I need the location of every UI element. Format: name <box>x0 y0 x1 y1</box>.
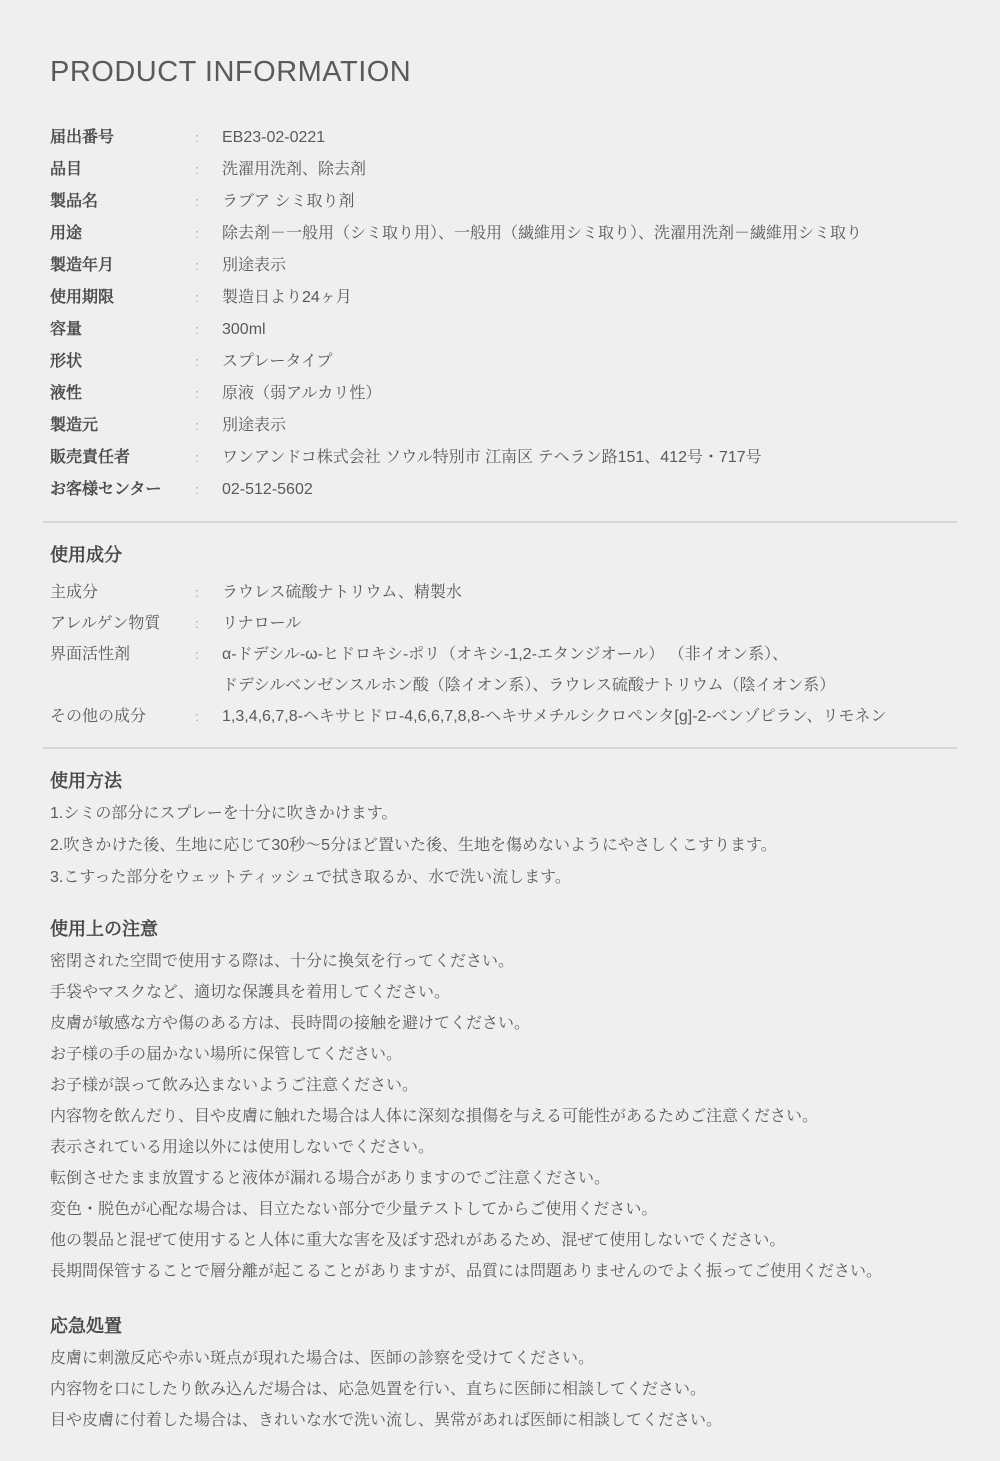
row-label: 製品名 <box>50 186 195 218</box>
colon-separator: : <box>195 378 222 410</box>
row-label: 液性 <box>50 378 195 410</box>
row-value: リナロール <box>222 608 301 639</box>
row-value: 洗濯用洗剤、除去剤 <box>222 154 366 186</box>
row-label: 販売責任者 <box>50 442 195 474</box>
table-row: その他の成分 : 1,3,4,6,7,8-ヘキサヒドロ-4,6,6,7,8,8-… <box>50 701 957 732</box>
first-aid-item: 目や皮膚に付着した場合は、きれいな水で洗い流し、異常があれば医師に相談してくださ… <box>50 1405 957 1436</box>
row-value: 1,3,4,6,7,8-ヘキサヒドロ-4,6,6,7,8,8-ヘキサメチルシクロ… <box>222 701 886 732</box>
precaution-item: お子様の手の届かない場所に保管してください。 <box>50 1039 957 1070</box>
value-line: α-ドデシル-ω-ヒドロキシ-ポリ（オキシ-1,2-エタンジオール） （非イオン… <box>222 639 835 670</box>
precaution-item: 内容物を飲んだり、目や皮膚に触れた場合は人体に深刻な損傷を与える可能性があるため… <box>50 1101 957 1132</box>
table-row: 製造年月 : 別途表示 <box>50 250 957 282</box>
precautions-list: 密閉された空間で使用する際は、十分に換気を行ってください。 手袋やマスクなど、適… <box>43 946 957 1287</box>
section-divider <box>43 521 957 523</box>
table-row: 用途 : 除去剤－一般用（シミ取り用）、一般用（繊維用シミ取り）、洗濯用洗剤－繊… <box>50 218 957 250</box>
table-row: 販売責任者 : ワンアンドコ株式会社 ソウル特別市 江南区 テヘラン路151、4… <box>50 442 957 474</box>
colon-separator: : <box>195 577 222 608</box>
page-title: PRODUCT INFORMATION <box>43 0 957 89</box>
table-row: アレルゲン物質 : リナロール <box>50 608 957 639</box>
colon-separator: : <box>195 122 222 154</box>
precaution-item: 皮膚が敏感な方や傷のある方は、長時間の接触を避けてください。 <box>50 1008 957 1039</box>
row-label: 界面活性剤 <box>50 639 195 670</box>
first-aid-item: 皮膚に刺激反応や赤い斑点が現れた場合は、医師の診察を受けてください。 <box>50 1343 957 1374</box>
row-value: EB23-02-0221 <box>222 122 325 154</box>
first-aid-heading: 応急処置 <box>43 1315 957 1337</box>
value-line: リナロール <box>222 608 301 639</box>
row-value: スプレータイプ <box>222 346 333 378</box>
colon-separator: : <box>195 608 222 639</box>
colon-separator: : <box>195 346 222 378</box>
colon-separator: : <box>195 282 222 314</box>
row-label: 届出番号 <box>50 122 195 154</box>
precaution-item: 長期間保管することで層分離が起こることがありますが、品質には問題ありませんのでよ… <box>50 1256 957 1287</box>
row-label: 品目 <box>50 154 195 186</box>
precaution-item: 手袋やマスクなど、適切な保護具を着用してください。 <box>50 977 957 1008</box>
precaution-item: 転倒させたまま放置すると液体が漏れる場合がありますのでご注意ください。 <box>50 1163 957 1194</box>
ingredients-table: 主成分 : ラウレス硫酸ナトリウム、精製水 アレルゲン物質 : リナロール 界面… <box>43 577 957 732</box>
value-line: 1,3,4,6,7,8-ヘキサヒドロ-4,6,6,7,8,8-ヘキサメチルシクロ… <box>222 701 886 732</box>
row-value: 別途表示 <box>222 410 286 442</box>
product-information-page: PRODUCT INFORMATION 届出番号 : EB23-02-0221 … <box>0 0 1000 1436</box>
first-aid-list: 皮膚に刺激反応や赤い斑点が現れた場合は、医師の診察を受けてください。 内容物を口… <box>43 1343 957 1436</box>
usage-step: 1.シミの部分にスプレーを十分に吹きかけます。 <box>50 798 957 830</box>
first-aid-item: 内容物を口にしたり飲み込んだ場合は、応急処置を行い、直ちに医師に相談してください… <box>50 1374 957 1405</box>
colon-separator: : <box>195 639 222 670</box>
precaution-item: 他の製品と混ぜて使用すると人体に重大な害を及ぼす恐れがあるため、混ぜて使用しない… <box>50 1225 957 1256</box>
row-label: お客様センター <box>50 474 195 506</box>
colon-separator: : <box>195 314 222 346</box>
row-label: 容量 <box>50 314 195 346</box>
table-row: 容量 : 300ml <box>50 314 957 346</box>
table-row: 形状 : スプレータイプ <box>50 346 957 378</box>
table-row: お客様センター : 02-512-5602 <box>50 474 957 506</box>
row-label: 主成分 <box>50 577 195 608</box>
row-label: その他の成分 <box>50 701 195 732</box>
colon-separator: : <box>195 218 222 250</box>
row-value: α-ドデシル-ω-ヒドロキシ-ポリ（オキシ-1,2-エタンジオール） （非イオン… <box>222 639 835 701</box>
colon-separator: : <box>195 410 222 442</box>
table-row: 界面活性剤 : α-ドデシル-ω-ヒドロキシ-ポリ（オキシ-1,2-エタンジオー… <box>50 639 957 701</box>
row-value: 別途表示 <box>222 250 286 282</box>
usage-steps: 1.シミの部分にスプレーを十分に吹きかけます。 2.吹きかけた後、生地に応じて3… <box>43 798 957 894</box>
row-value: 02-512-5602 <box>222 474 313 506</box>
row-label: 製造年月 <box>50 250 195 282</box>
product-info-table: 届出番号 : EB23-02-0221 品目 : 洗濯用洗剤、除去剤 製品名 :… <box>43 122 957 506</box>
usage-heading: 使用方法 <box>43 770 957 792</box>
value-line: ドデシルベンゼンスルホン酸（陰イオン系）、ラウレス硫酸ナトリウム（陰イオン系） <box>222 670 835 701</box>
row-label: 形状 <box>50 346 195 378</box>
row-value: ラウレス硫酸ナトリウム、精製水 <box>222 577 462 608</box>
row-value: ラブア シミ取り剤 <box>222 186 354 218</box>
usage-step: 2.吹きかけた後、生地に応じて30秒～5分ほど置いた後、生地を傷めないようにやさ… <box>50 830 957 862</box>
table-row: 使用期限 : 製造日より24ヶ月 <box>50 282 957 314</box>
precautions-heading: 使用上の注意 <box>43 918 957 940</box>
row-label: 使用期限 <box>50 282 195 314</box>
colon-separator: : <box>195 154 222 186</box>
colon-separator: : <box>195 474 222 506</box>
colon-separator: : <box>195 442 222 474</box>
row-value: 300ml <box>222 314 266 346</box>
value-line: ラウレス硫酸ナトリウム、精製水 <box>222 577 462 608</box>
row-value: 原液（弱アルカリ性） <box>222 378 381 410</box>
precaution-item: お子様が誤って飲み込まないようご注意ください。 <box>50 1070 957 1101</box>
table-row: 製造元 : 別途表示 <box>50 410 957 442</box>
row-label: アレルゲン物質 <box>50 608 195 639</box>
row-label: 製造元 <box>50 410 195 442</box>
precaution-item: 変色・脱色が心配な場合は、目立たない部分で少量テストしてからご使用ください。 <box>50 1194 957 1225</box>
precaution-item: 表示されている用途以外には使用しないでください。 <box>50 1132 957 1163</box>
row-value: 除去剤－一般用（シミ取り用）、一般用（繊維用シミ取り）、洗濯用洗剤－繊維用シミ取… <box>222 218 862 250</box>
table-row: 届出番号 : EB23-02-0221 <box>50 122 957 154</box>
colon-separator: : <box>195 250 222 282</box>
table-row: 品目 : 洗濯用洗剤、除去剤 <box>50 154 957 186</box>
precaution-item: 密閉された空間で使用する際は、十分に換気を行ってください。 <box>50 946 957 977</box>
row-label: 用途 <box>50 218 195 250</box>
table-row: 製品名 : ラブア シミ取り剤 <box>50 186 957 218</box>
row-value: 製造日より24ヶ月 <box>222 282 352 314</box>
table-row: 主成分 : ラウレス硫酸ナトリウム、精製水 <box>50 577 957 608</box>
ingredients-heading: 使用成分 <box>43 544 957 566</box>
colon-separator: : <box>195 186 222 218</box>
colon-separator: : <box>195 701 222 732</box>
table-row: 液性 : 原液（弱アルカリ性） <box>50 378 957 410</box>
usage-step: 3.こすった部分をウェットティッシュで拭き取るか、水で洗い流します。 <box>50 862 957 894</box>
section-divider <box>43 747 957 749</box>
row-value: ワンアンドコ株式会社 ソウル特別市 江南区 テヘラン路151、412号・717号 <box>222 442 762 474</box>
